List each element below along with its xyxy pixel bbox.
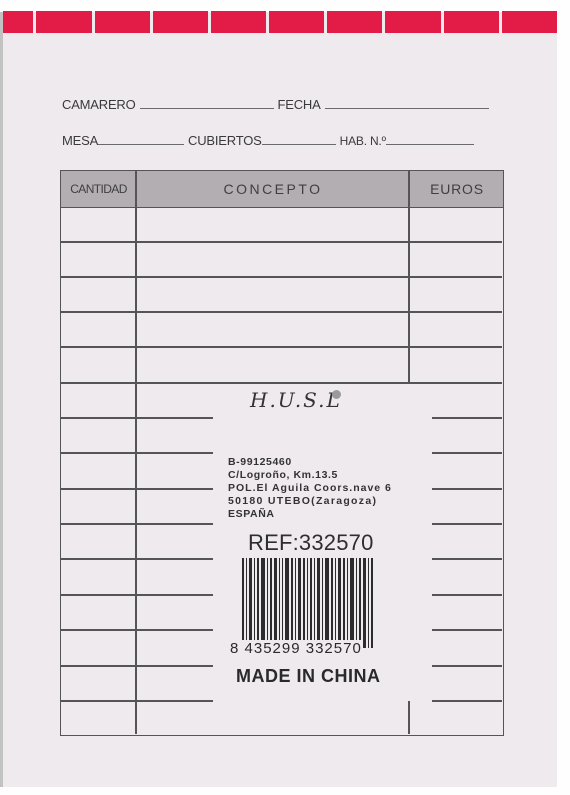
hab-label: HAB. N.º [340, 134, 386, 148]
barcode-icon [242, 558, 400, 648]
address-line: B-99125460 [228, 456, 392, 469]
mesa-field[interactable] [98, 143, 184, 145]
fecha-label: FECHA [278, 97, 321, 112]
cubiertos-label: CUBIERTOS [188, 133, 262, 148]
row-line [61, 346, 502, 348]
row-line-left [61, 665, 213, 667]
column-header-euros: EUROS [410, 171, 504, 207]
row-line-left [61, 452, 213, 454]
reference-number: REF:332570 [248, 530, 374, 556]
row-line-right [432, 523, 502, 525]
registered-mark-icon [332, 390, 341, 399]
row-line-left [61, 558, 213, 560]
red-header-stripe [3, 11, 557, 33]
row-line [61, 276, 502, 278]
husl-logo: H.U.S.L [250, 388, 342, 412]
row-line-right [432, 488, 502, 490]
camarero-label: CAMARERO [62, 97, 136, 112]
barcode-number: 8 435299 332570 [230, 640, 362, 657]
row-line-right [432, 452, 502, 454]
mesa-label: MESA [62, 133, 98, 148]
table-header: CANTIDAD CONCEPTO EUROS [61, 171, 503, 208]
field-row-1: CAMARERO FECHA [62, 97, 493, 112]
cubiertos-field[interactable] [262, 143, 336, 145]
column-divider-euros-lower [408, 701, 410, 734]
row-line [61, 241, 502, 243]
row-line-left [61, 488, 213, 490]
column-header-concepto: CONCEPTO [137, 171, 409, 207]
fecha-field[interactable] [325, 107, 489, 109]
address-line: C/Logroño, Km.13.5 [228, 469, 392, 482]
row-line-left [61, 417, 213, 419]
row-line-left [61, 594, 213, 596]
row-line-right [432, 665, 502, 667]
row-line-left [61, 629, 213, 631]
address-line: ESPAÑA [228, 508, 392, 521]
row-line-left [61, 700, 213, 702]
hab-field[interactable] [386, 143, 474, 145]
field-row-2: MESA CUBIERTOS HAB. N.º [62, 133, 478, 148]
row-line [61, 311, 502, 313]
country-of-origin: MADE IN CHINA [236, 666, 381, 687]
column-header-cantidad: CANTIDAD [61, 171, 136, 207]
row-line-right [432, 629, 502, 631]
row-line-right [432, 558, 502, 560]
row-line-right [432, 417, 502, 419]
row-line-right [432, 594, 502, 596]
row-line-left [61, 523, 213, 525]
printer-address: B-99125460 C/Logroño, Km.13.5 POL.El Agu… [228, 456, 392, 521]
row-line-right [432, 700, 502, 702]
row-line [61, 382, 502, 384]
camarero-field[interactable] [140, 107, 274, 109]
address-line: POL.El Aguila Coors.nave 6 [228, 482, 392, 495]
address-line: 50180 UTEBO(Zaragoza) [228, 495, 392, 508]
